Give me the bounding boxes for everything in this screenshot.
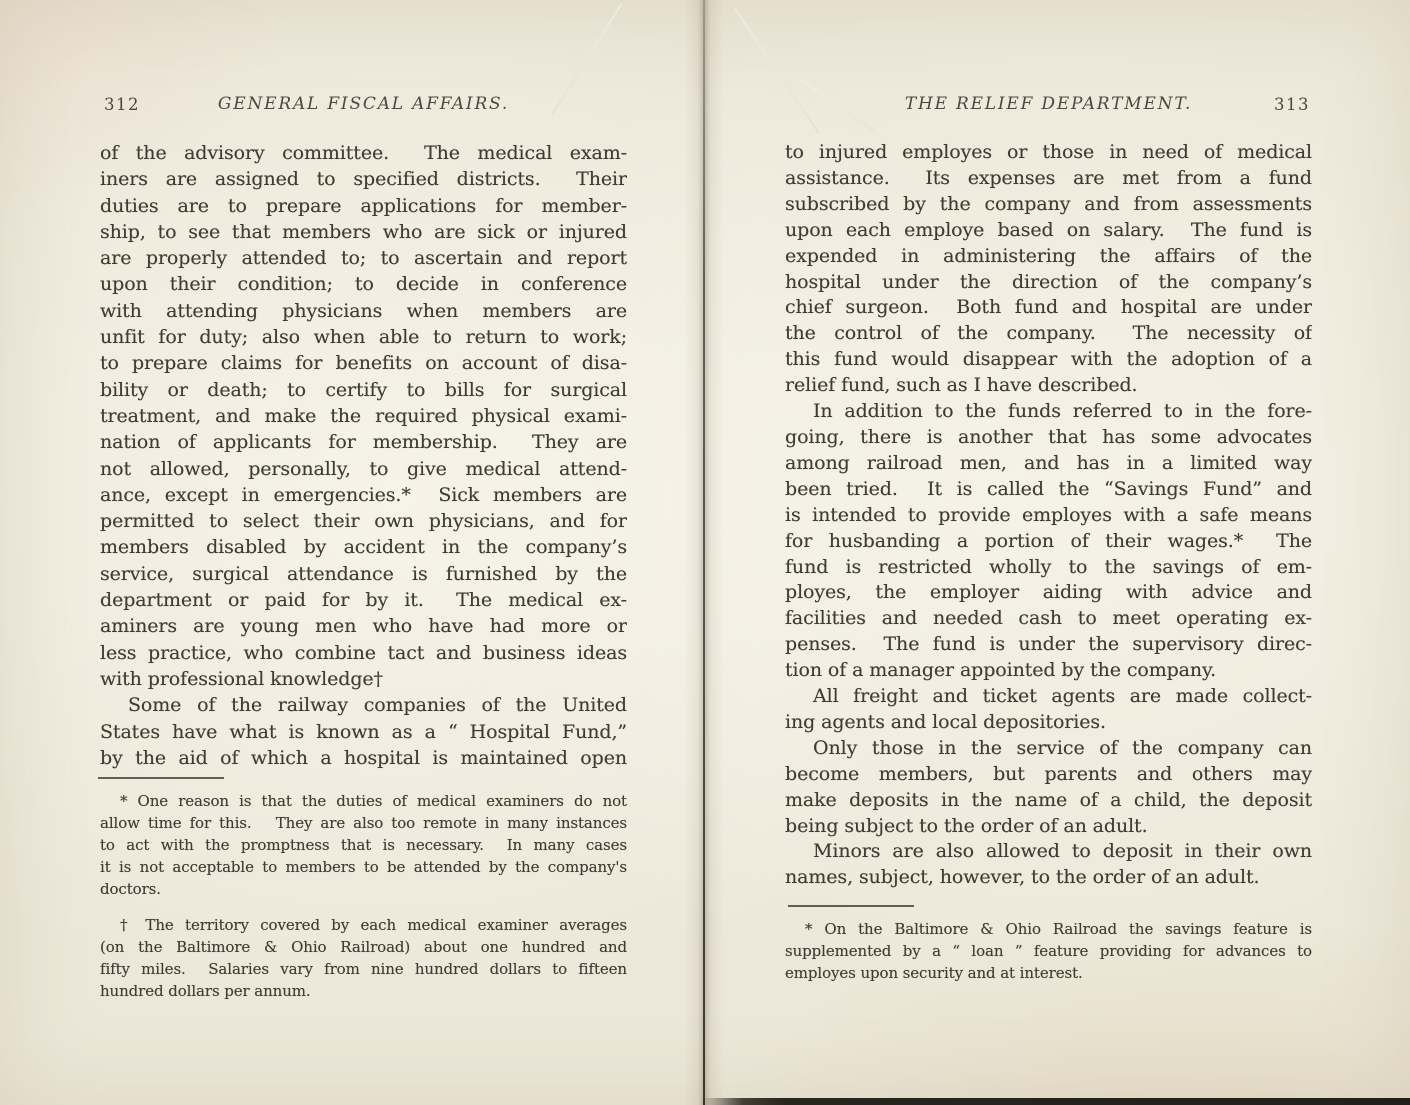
text-line: this fund would disappear with the adopt…	[785, 347, 1312, 373]
text-line: bility or death; to certify to bills for…	[100, 377, 627, 403]
left-page-header: 312 GENERAL FISCAL AFFAIRS.	[100, 94, 627, 118]
text-line: (on the Baltimore & Ohio Railroad) about…	[100, 936, 627, 958]
text-line: to act with the promptness that is neces…	[100, 834, 627, 856]
text-line: ship, to see that members who are sick o…	[100, 219, 627, 245]
right-page-header: THE RELIEF DEPARTMENT. 313	[785, 94, 1312, 118]
text-line: fifty miles. Salaries vary from nine hun…	[100, 958, 627, 980]
text-line: Minors are also allowed to deposit in th…	[785, 839, 1312, 865]
text-line: supplemented by a “ loan ” feature provi…	[785, 940, 1312, 962]
text-line: † The territory covered by each medical …	[100, 914, 627, 936]
text-line: duties are to prepare applications for m…	[100, 193, 627, 219]
text-line: aminers are young men who have had more …	[100, 613, 627, 639]
text-line: to prepare claims for benefits on accoun…	[100, 350, 627, 376]
text-line: less practice, who combine tact and busi…	[100, 640, 627, 666]
text-line: is intended to provide employes with a s…	[785, 503, 1312, 529]
text-line: not allowed, personally, to give medical…	[100, 456, 627, 482]
page-number: 313	[1274, 95, 1310, 114]
text-line: names, subject, however, to the order of…	[785, 865, 1312, 891]
right-page: THE RELIEF DEPARTMENT. 313 to injured em…	[705, 0, 1410, 1105]
text-line: with attending physicians when members a…	[100, 298, 627, 324]
text-line: service, surgical attendance is furnishe…	[100, 561, 627, 587]
text-line: In addition to the funds referred to in …	[785, 399, 1312, 425]
footnote-asterisk: * On the Baltimore & Ohio Railroad the s…	[785, 918, 1312, 984]
footnote-rule	[788, 905, 914, 907]
text-line: ing agents and local depositories.	[785, 710, 1312, 736]
text-line: hundred dollars per annum.	[100, 980, 627, 1002]
text-line: ployes, the employer aiding with advice …	[785, 580, 1312, 606]
text-line: treatment, and make the required physica…	[100, 403, 627, 429]
left-page: 312 GENERAL FISCAL AFFAIRS. of the advis…	[0, 0, 705, 1105]
text-line: hospital under the direction of the comp…	[785, 270, 1312, 296]
text-line: Only those in the service of the company…	[785, 736, 1312, 762]
running-head: GENERAL FISCAL AFFAIRS.	[218, 94, 509, 114]
text-line: facilities and needed cash to meet opera…	[785, 606, 1312, 632]
right-page-body: to injured employes or those in need of …	[785, 140, 1312, 891]
text-line: employes upon security and at interest.	[785, 962, 1312, 984]
text-line: to injured employes or those in need of …	[785, 140, 1312, 166]
text-line: * On the Baltimore & Ohio Railroad the s…	[785, 918, 1312, 940]
text-line: with professional knowledge†	[100, 666, 627, 692]
text-line: relief fund, such as I have described.	[785, 373, 1312, 399]
text-line: of the advisory committee. The medical e…	[100, 140, 627, 166]
text-line: upon their condition; to decide in confe…	[100, 271, 627, 297]
text-line: allow time for this. They are also too r…	[100, 812, 627, 834]
text-line: * One reason is that the duties of medic…	[100, 790, 627, 812]
text-line: members disabled by accident in the comp…	[100, 534, 627, 560]
text-line: iners are assigned to specified district…	[100, 166, 627, 192]
text-line: subscribed by the company and from asses…	[785, 192, 1312, 218]
text-line: are properly attended to; to ascertain a…	[100, 245, 627, 271]
text-line: the control of the company. The necessit…	[785, 321, 1312, 347]
footnote-rule	[98, 777, 224, 779]
footnote-dagger: † The territory covered by each medical …	[100, 914, 627, 1002]
footnote-asterisk: * One reason is that the duties of medic…	[100, 790, 627, 900]
text-line: become members, but parents and others m…	[785, 762, 1312, 788]
text-line: expended in administering the affairs of…	[785, 244, 1312, 270]
text-line: make deposits in the name of a child, th…	[785, 788, 1312, 814]
text-line: fund is restricted wholly to the savings…	[785, 555, 1312, 581]
text-line: All freight and ticket agents are made c…	[785, 684, 1312, 710]
text-line: States have what is known as a “ Hospita…	[100, 719, 627, 745]
page-number: 312	[104, 95, 140, 114]
book-scan: 312 GENERAL FISCAL AFFAIRS. of the advis…	[0, 0, 1410, 1105]
text-line: department or paid for by it. The medica…	[100, 587, 627, 613]
text-line: it is not acceptable to members to be at…	[100, 856, 627, 878]
text-line: been tried. It is called the “Savings Fu…	[785, 477, 1312, 503]
text-line: ance, except in emergencies.* Sick membe…	[100, 482, 627, 508]
text-line: penses. The fund is under the supervisor…	[785, 632, 1312, 658]
text-line: among railroad men, and has in a limited…	[785, 451, 1312, 477]
text-line: being subject to the order of an adult.	[785, 814, 1312, 840]
text-line: by the aid of which a hospital is mainta…	[100, 745, 627, 771]
text-line: for husbanding a portion of their wages.…	[785, 529, 1312, 555]
text-line: doctors.	[100, 878, 627, 900]
text-line: chief surgeon. Both fund and hospital ar…	[785, 295, 1312, 321]
text-line: unfit for duty; also when able to return…	[100, 324, 627, 350]
left-page-body: of the advisory committee. The medical e…	[100, 140, 627, 771]
running-head: THE RELIEF DEPARTMENT.	[905, 94, 1192, 114]
text-line: going, there is another that has some ad…	[785, 425, 1312, 451]
text-line: assistance. Its expenses are met from a …	[785, 166, 1312, 192]
text-line: upon each employe based on salary. The f…	[785, 218, 1312, 244]
text-line: nation of applicants for membership. The…	[100, 429, 627, 455]
text-line: Some of the railway companies of the Uni…	[100, 692, 627, 718]
text-line: tion of a manager appointed by the compa…	[785, 658, 1312, 684]
text-line: permitted to select their own physicians…	[100, 508, 627, 534]
